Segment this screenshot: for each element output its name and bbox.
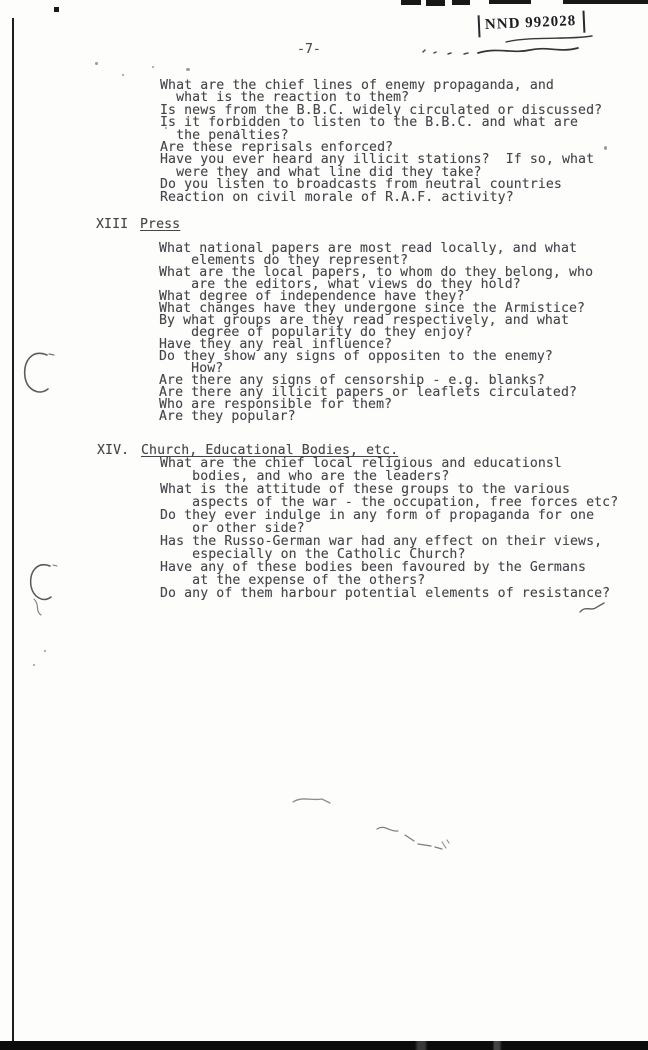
scanned-document-page: NND 992028 -7- What are the chief lines …	[0, 0, 648, 1050]
scan-speck	[95, 62, 98, 65]
pencil-squiggle	[578, 600, 610, 618]
scan-edge-mark	[489, 0, 531, 4]
stamp-underline-scribble	[420, 34, 600, 60]
scan-edge-mark	[401, 0, 421, 5]
section-label-xiv: XIV.	[97, 443, 129, 458]
page-number: -7-	[297, 42, 321, 57]
scan-speck	[152, 66, 154, 68]
scan-speck-mark	[54, 7, 59, 12]
scan-edge-line	[12, 18, 14, 1043]
scan-edge-mark	[426, 0, 445, 6]
section-heading-press: Press	[140, 217, 180, 232]
question-block-radio: What are the chief lines of enemy propag…	[160, 80, 602, 204]
scan-speck	[33, 664, 35, 666]
question-block-church: What are the chief local religious and e…	[160, 457, 618, 600]
section-label-xiii: XIII	[96, 217, 128, 232]
scan-edge-mark	[563, 0, 648, 4]
scan-speck	[122, 74, 124, 76]
scan-speck	[604, 146, 607, 150]
pen-squiggle	[30, 596, 50, 620]
scan-speck	[44, 650, 46, 652]
scan-speck	[186, 68, 190, 71]
question-block-press: What national papers are most read local…	[159, 243, 593, 423]
pencil-scribble	[290, 794, 334, 810]
scan-edge-mark	[452, 0, 470, 5]
scan-edge-bar	[0, 1041, 648, 1050]
handwritten-c-mark	[20, 348, 58, 400]
stamp-text: NND 992028	[485, 13, 577, 33]
pencil-scribble	[372, 822, 452, 856]
